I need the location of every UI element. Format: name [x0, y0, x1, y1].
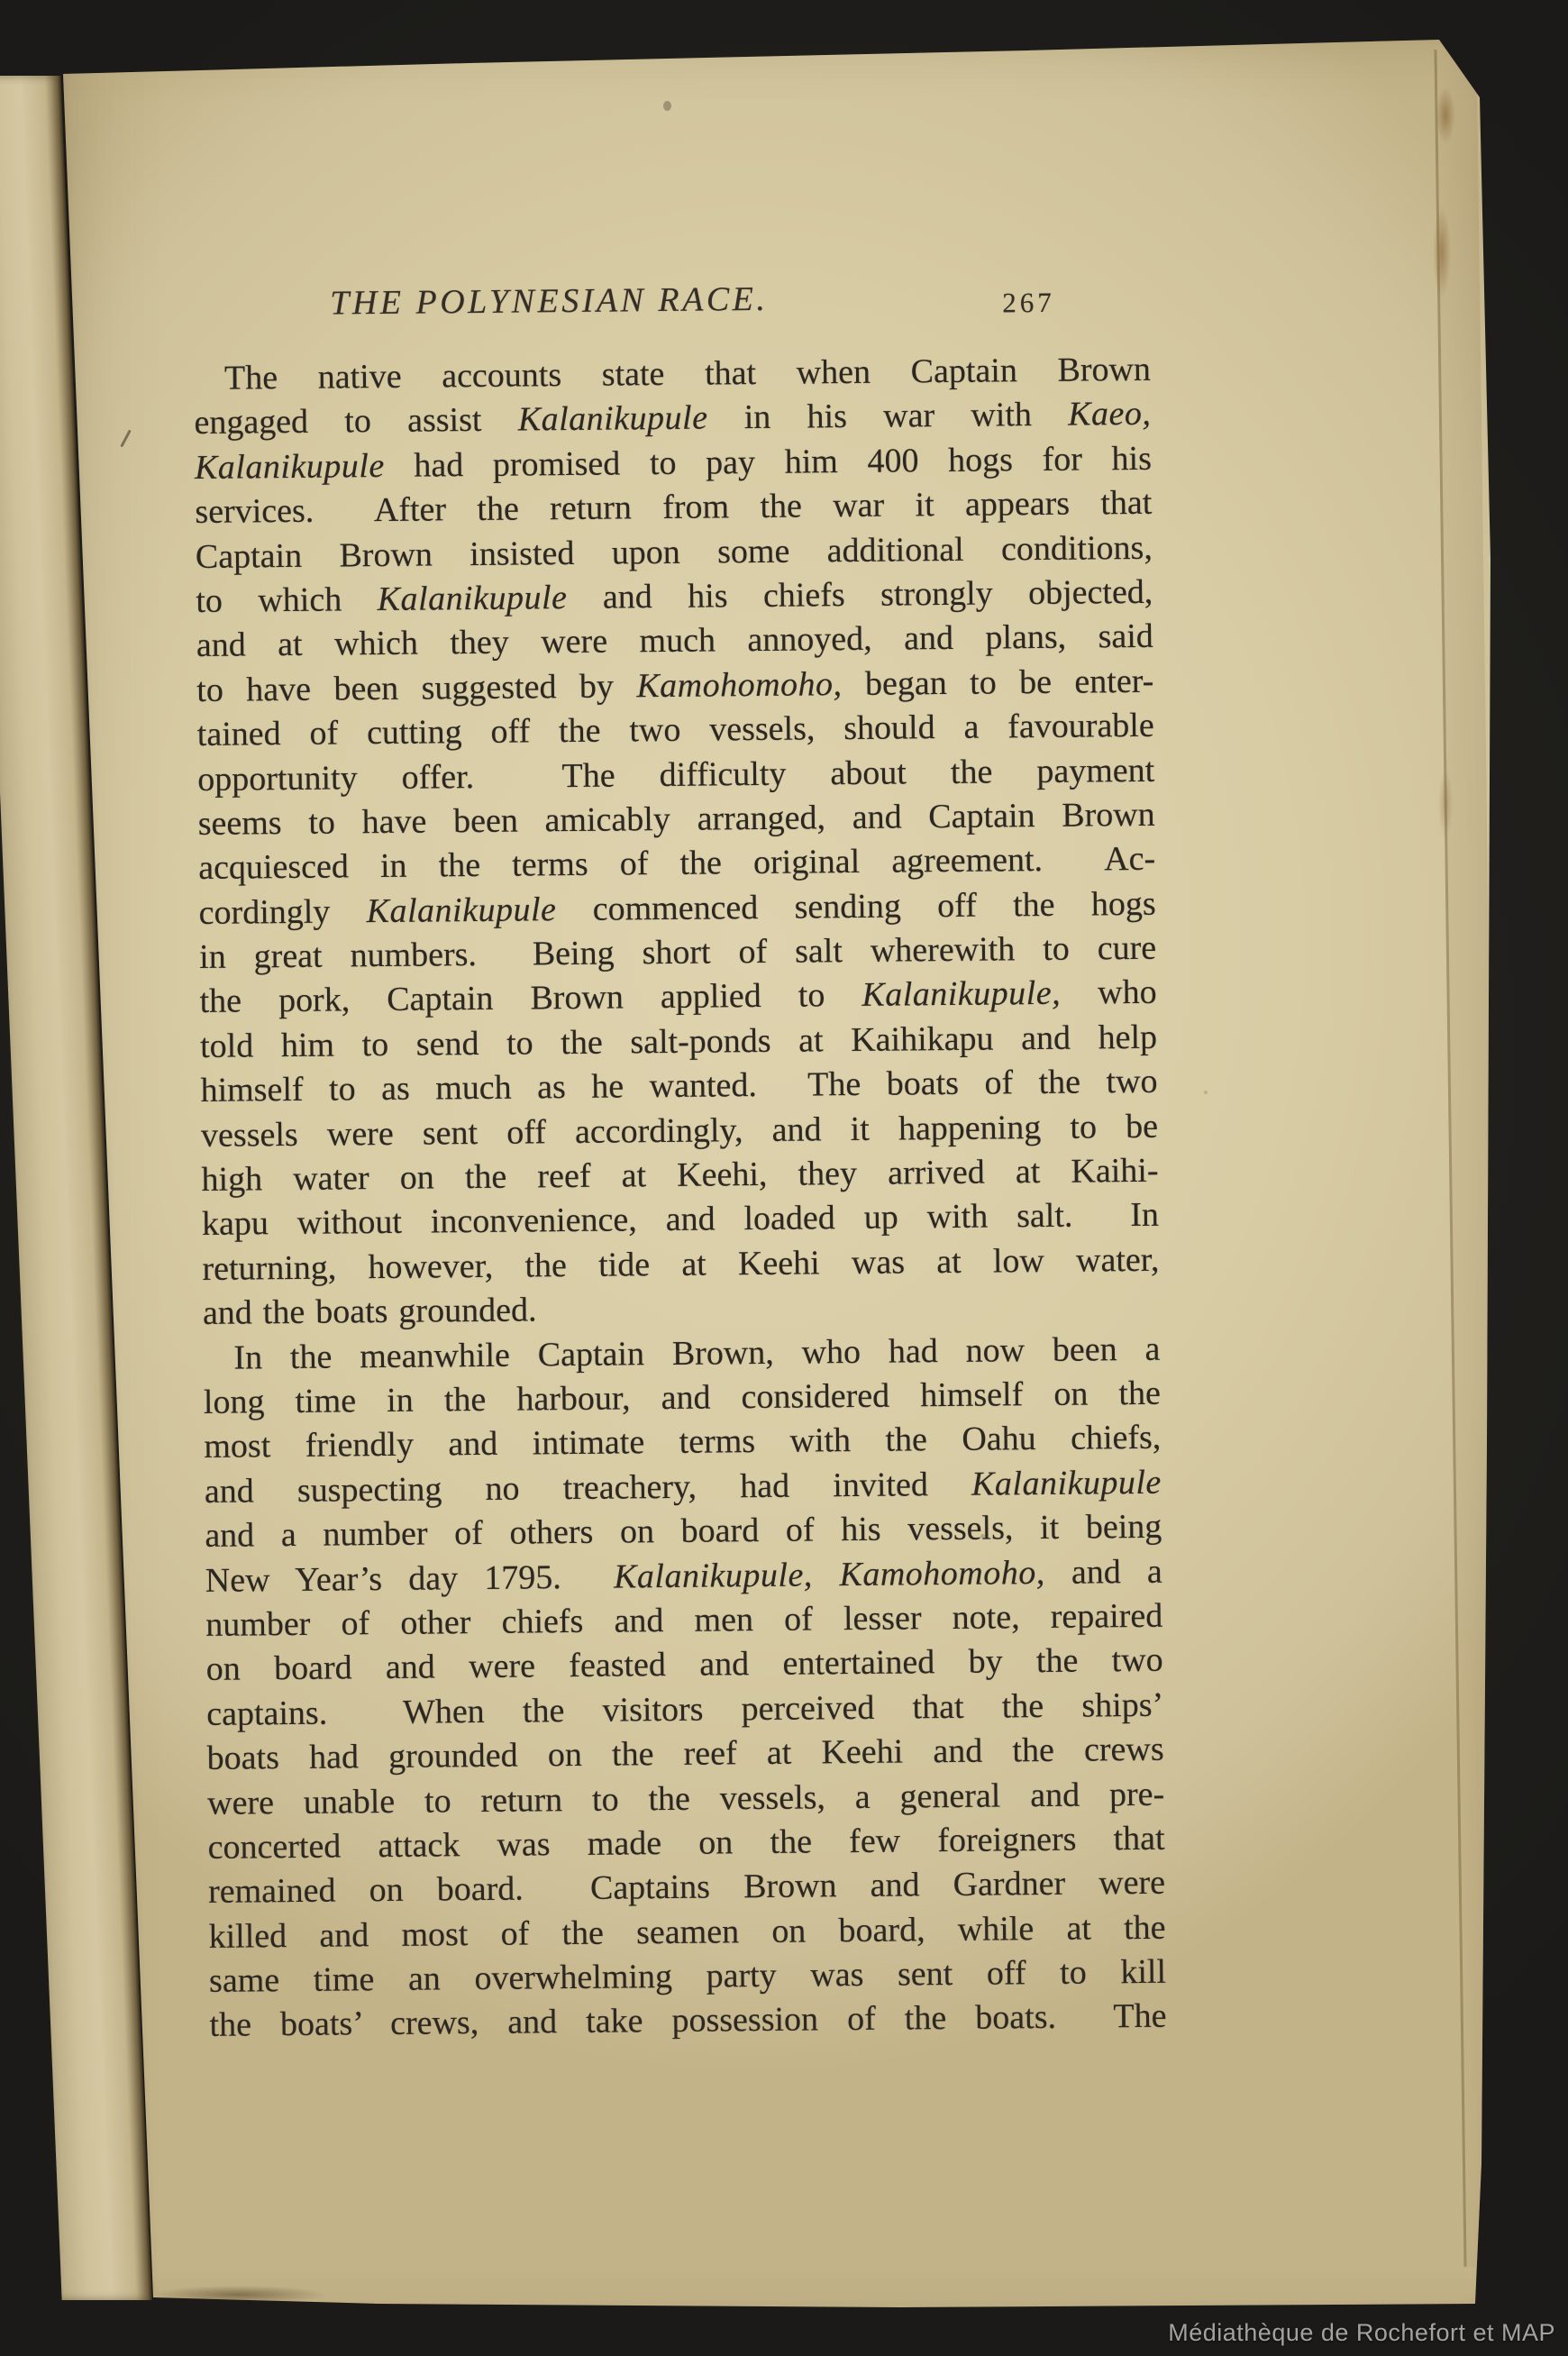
text-segment: In the meanwhile Captain Brown, who had …: [233, 1329, 1160, 1376]
text-segment: same time an overwhelming party was sent…: [209, 1953, 1166, 2000]
text-segment: The native accounts state that when Capt…: [224, 351, 1151, 397]
running-head-title: THE POLYNESIAN RACE.: [330, 279, 769, 324]
italic-text-segment: Kalanikupule: [366, 890, 556, 930]
text-segment: remained on board. Captains Brown and Ga…: [208, 1864, 1165, 1911]
paper-speck: [1204, 1091, 1208, 1094]
text-segment: services. After the return from the war …: [195, 484, 1152, 531]
text-segment: and his chiefs strongly objected,: [567, 573, 1153, 616]
text-segment: opportunity offer. The difficulty about …: [197, 751, 1154, 798]
text-segment: and a: [1045, 1552, 1162, 1591]
text-segment: commenced sending off the hogs: [556, 884, 1156, 927]
italic-text-segment: Kalanikupule: [195, 447, 385, 487]
text-segment: to which: [196, 580, 378, 620]
text-segment: and the boats grounded.: [203, 1292, 537, 1333]
text-segment: kapu without inconvenience, and loaded u…: [202, 1196, 1159, 1243]
text-segment: Captain Brown insisted upon some additio…: [196, 528, 1153, 575]
text-segment: number of other chiefs and men of lesser…: [205, 1597, 1162, 1644]
text-segment: boats had grounded on the reef at Keehi …: [206, 1730, 1163, 1777]
text-segment: and a number of others on board of his v…: [205, 1508, 1162, 1555]
italic-text-segment: Kaeo,: [1068, 395, 1152, 434]
fore-edge-tone: [1436, 50, 1506, 2267]
italic-text-segment: Kalanikupule: [971, 1464, 1162, 1503]
paper-speck: [663, 101, 671, 111]
text-segment: acquiesced in the terms of the original …: [198, 840, 1155, 887]
text-segment: and at which they were much annoyed, and…: [196, 617, 1153, 664]
text-segment: told him to send to the salt-ponds at Ka…: [200, 1018, 1157, 1065]
book-page: THE POLYNESIAN RACE. 267 The native acco…: [0, 0, 1568, 2356]
text-segment: vessels were sent off accordingly, and i…: [201, 1107, 1158, 1154]
paper-stain: [1438, 768, 1453, 840]
page-text-block: THE POLYNESIAN RACE. 267 The native acco…: [193, 276, 1150, 285]
text-segment: returning, however, the tide at Keehi wa…: [202, 1241, 1159, 1288]
text-segment: who: [1061, 973, 1157, 1012]
text-segment: engaged to assist: [194, 401, 518, 442]
text-segment: concerted attack was made on the few for…: [207, 1820, 1164, 1867]
text-segment: most friendly and intimate terms with th…: [204, 1419, 1161, 1466]
text-segment: cordingly: [198, 892, 366, 932]
text-segment: himself to as much as he wanted. The boa…: [200, 1063, 1157, 1110]
text-segment: high water on the reef at Keehi, they ar…: [201, 1152, 1158, 1199]
text-segment: in his war with: [707, 396, 1068, 437]
italic-text-segment: Kalanikupule,: [861, 974, 1061, 1014]
paper-smudge: [153, 2286, 324, 2304]
italic-text-segment: Kalanikupule, Kamohomoho,: [614, 1554, 1045, 1596]
text-segment: had promised to pay him 400 hogs for his: [385, 440, 1153, 485]
text-line: returning, however, the tide at Keehi wa…: [202, 1238, 1159, 1292]
text-segment: in great numbers. Being short of salt wh…: [199, 929, 1156, 976]
italic-text-segment: Kalanikupule: [377, 579, 567, 618]
running-head: THE POLYNESIAN RACE. 267: [193, 276, 1151, 339]
text-segment: on board and were feasted and entertaine…: [206, 1641, 1163, 1688]
watermark-credit: Médiathèque de Rochefort et MAP: [1168, 2319, 1555, 2347]
text-segment: and suspecting no treachery, had invited: [205, 1466, 972, 1511]
body-text: The native accounts state that when Capt…: [194, 348, 1167, 2049]
italic-text-segment: Kamohomoho,: [636, 665, 843, 705]
italic-text-segment: Kalanikupule: [518, 399, 708, 439]
text-segment: New Year’s day 1795.: [205, 1557, 615, 1599]
text-segment: began to be enter-: [842, 662, 1153, 703]
text-line: the boats’ crews, and take possession of…: [209, 1995, 1166, 2049]
text-segment: tained of cutting off the two vessels, s…: [197, 707, 1154, 753]
text-segment: were unable to return to the vessels, a …: [207, 1775, 1164, 1822]
margin-pen-mark: [120, 430, 132, 448]
text-segment: to have been suggested by: [196, 667, 636, 709]
text-segment: captains. When the visitors perceived th…: [206, 1685, 1163, 1732]
text-segment: killed and most of the seamen on board, …: [208, 1908, 1165, 1955]
text-segment: long time in the harbour, and considered…: [204, 1374, 1161, 1421]
text-segment: the boats’ crews, and take possession of…: [209, 1997, 1166, 2044]
paper-stain: [1433, 205, 1451, 299]
page-number: 267: [1002, 283, 1055, 324]
text-segment: seems to have been amicably arranged, an…: [198, 796, 1155, 843]
scanned-book-photo: THE POLYNESIAN RACE. 267 The native acco…: [0, 0, 1568, 2356]
text-segment: the pork, Captain Brown applied to: [199, 976, 861, 1020]
paper-stain: [1436, 87, 1455, 144]
